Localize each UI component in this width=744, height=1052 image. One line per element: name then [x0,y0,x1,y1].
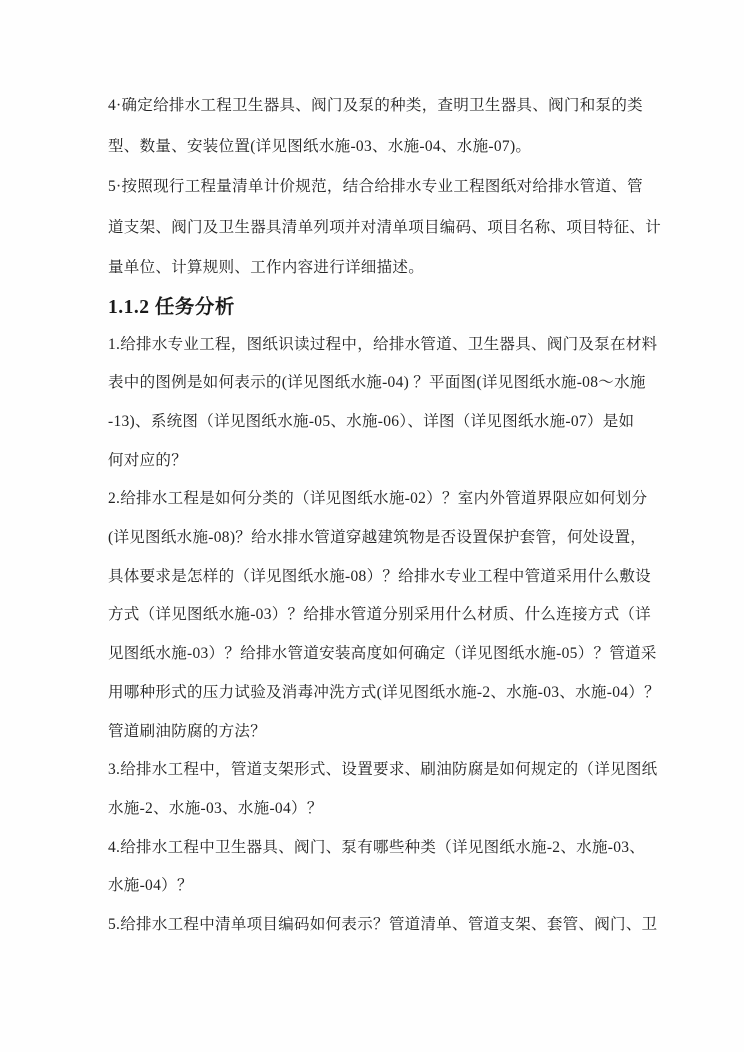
text-line: 用哪种形式的压力试验及消毒冲洗方式(详见图纸水施-2、水施-03、水施-04）？ [108,674,656,713]
text-line: -13)、系统图（详见图纸水施-05、水施-06）、详图（详见图纸水施-07）是… [108,403,656,442]
document-page: 4·确定给排水工程卫生器具、阀门及泵的种类，查明卫生器具、阀门和泵的类 型、数量… [0,0,744,1052]
paragraph-task-item-5: 5·按照现行工程量清单计价规范，结合给排水专业工程图纸对给排水管道、管 道支架、… [108,167,656,289]
text-line: 1.给排水专业工程，图纸识读过程中，给排水管道、卫生器具、阀门及泵在材料 [108,326,656,365]
text-line: 道支架、阀门及卫生器具清单列项并对清单项目编码、项目名称、项目特征、计 [108,208,656,249]
text-line: 5·按照现行工程量清单计价规范，结合给排水专业工程图纸对给排水管道、管 [108,167,656,208]
text-line: 水施-04）？ [108,867,656,906]
text-line: 5.给排水工程中清单项目编码如何表示？管道清单、管道支架、套管、阀门、卫 [108,906,656,945]
question-1: 1.给排水专业工程，图纸识读过程中，给排水管道、卫生器具、阀门及泵在材料 表中的… [108,326,656,481]
text-line: 4.给排水工程中卫生器具、阀门、泵有哪些种类（详见图纸水施-2、水施-03、 [108,829,656,868]
question-4: 4.给排水工程中卫生器具、阀门、泵有哪些种类（详见图纸水施-2、水施-03、 水… [108,829,656,906]
section-heading-task-analysis: 1.1.2 任务分析 [108,289,656,326]
paragraph-task-item-4: 4·确定给排水工程卫生器具、阀门及泵的种类，查明卫生器具、阀门和泵的类 型、数量… [108,86,656,167]
task-analysis-section: 1.给排水专业工程，图纸识读过程中，给排水管道、卫生器具、阀门及泵在材料 表中的… [108,326,656,945]
question-5: 5.给排水工程中清单项目编码如何表示？管道清单、管道支架、套管、阀门、卫 [108,906,656,945]
text-line: 见图纸水施-03）？给排水管道安装高度如何确定（详见图纸水施-05）？管道采 [108,635,656,674]
question-3: 3.给排水工程中，管道支架形式、设置要求、刷油防腐是如何规定的（详见图纸 水施-… [108,751,656,828]
text-line: 何对应的？ [108,442,656,481]
text-line: 型、数量、安装位置(详见图纸水施-03、水施-04、水施-07)。 [108,127,656,168]
text-line: 水施-2、水施-03、水施-04）？ [108,790,656,829]
question-2: 2.给排水工程是如何分类的（详见图纸水施-02）？室内外管道界限应如何划分 (详… [108,480,656,751]
text-line: 具体要求是怎样的（详见图纸水施-08）？给排水专业工程中管道采用什么敷设 [108,558,656,597]
text-line: 2.给排水工程是如何分类的（详见图纸水施-02）？室内外管道界限应如何划分 [108,480,656,519]
text-line: 量单位、计算规则、工作内容进行详细描述。 [108,248,656,289]
text-line: 4·确定给排水工程卫生器具、阀门及泵的种类，查明卫生器具、阀门和泵的类 [108,86,656,127]
text-line: 方式（详见图纸水施-03）？给排水管道分别采用什么材质、什么连接方式（详 [108,596,656,635]
text-line: 管道刷油防腐的方法？ [108,713,656,752]
text-content: 4·确定给排水工程卫生器具、阀门及泵的种类，查明卫生器具、阀门和泵的类 型、数量… [108,86,656,945]
text-line: (详见图纸水施-08)？给水排水管道穿越建筑物是否设置保护套管，何处设置， [108,519,656,558]
text-line: 3.给排水工程中，管道支架形式、设置要求、刷油防腐是如何规定的（详见图纸 [108,751,656,790]
text-line: 表中的图例是如何表示的(详见图纸水施-04) ？平面图(详见图纸水施-08～水施 [108,364,656,403]
